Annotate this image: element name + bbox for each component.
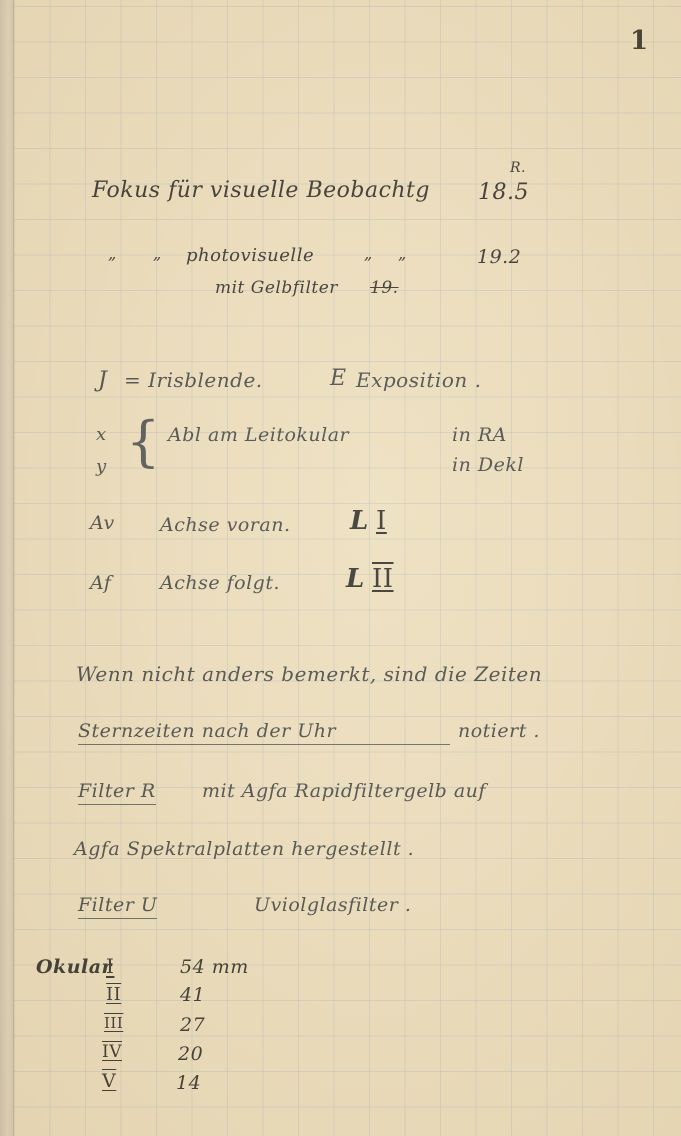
focus-visual-label: Fokus für visuelle Beobachtg: [92, 178, 430, 203]
exposure-definition: Exposition .: [356, 368, 481, 392]
note-filter-r-label: Filter R: [78, 780, 156, 802]
ditto-mark: „: [153, 244, 162, 263]
ditto-mark: „: [398, 244, 407, 263]
note-filter-u-label: Filter U: [78, 894, 157, 916]
af-definition: Achse folgt.: [160, 572, 280, 594]
af-code-prefix: L: [346, 564, 365, 594]
eyepiece-roman-3: III: [104, 1014, 123, 1032]
brace-icon: {: [126, 410, 160, 473]
note-sidereal-rest: notiert .: [458, 720, 540, 742]
page-number: 1: [630, 26, 649, 56]
eyepiece-value-2: 41: [180, 984, 205, 1006]
note-times-line: Wenn nicht anders bemerkt, sind die Zeit…: [76, 662, 542, 686]
note-filter-u-description: Uviolglasfilter .: [254, 894, 411, 916]
filter-r-text: Filter R: [78, 780, 156, 805]
eyepiece-label: Okular: [36, 956, 112, 978]
focus-visual-value: 18.5: [478, 180, 529, 205]
focus-yellow-filter-label: mit Gelbfilter: [215, 278, 338, 298]
eyepiece-value-1: 54 mm: [180, 956, 249, 978]
eyepiece-roman-5: V: [102, 1070, 116, 1092]
focus-unit-mark: R.: [510, 160, 526, 176]
av-definition: Achse voran.: [160, 514, 291, 536]
ditto-mark: „: [108, 244, 117, 263]
y-unit: in Dekl: [452, 454, 524, 476]
eyepiece-roman-2: II: [106, 984, 121, 1005]
focus-photovisual-value: 19.2: [477, 246, 521, 268]
av-symbol: Av: [90, 512, 115, 534]
note-plates-line: Agfa Spektralplatten hergestellt .: [74, 838, 414, 860]
focus-photovisual-label: photovisuelle: [186, 245, 314, 266]
eyepiece-value-4: 20: [178, 1043, 203, 1065]
eyepiece-value-5: 14: [176, 1072, 201, 1094]
note-sidereal-text: Sternzeiten nach der Uhr: [78, 720, 450, 745]
y-symbol: y: [96, 456, 107, 477]
note-sidereal-underlined: Sternzeiten nach der Uhr: [78, 720, 450, 745]
eyepiece-roman-4: IV: [102, 1042, 122, 1062]
exposure-symbol: E: [330, 366, 347, 391]
x-symbol: x: [96, 424, 107, 445]
af-code-roman: II: [372, 564, 394, 594]
note-filter-r-description: mit Agfa Rapidfiltergelb auf: [202, 780, 486, 802]
micrometer-definition: Abl am Leitokular: [168, 424, 349, 446]
ditto-mark: „: [364, 244, 373, 263]
iris-definition: = Irisblende.: [124, 368, 263, 392]
notebook-binding-edge: [0, 0, 14, 1136]
af-symbol: Af: [90, 572, 111, 594]
eyepiece-roman-1: I: [106, 954, 114, 978]
av-code-prefix: L: [350, 506, 369, 536]
eyepiece-value-3: 27: [180, 1014, 205, 1036]
focus-struck-value: 19.: [370, 278, 399, 298]
filter-u-text: Filter U: [78, 894, 157, 919]
av-code-roman: I: [376, 506, 387, 536]
x-unit: in RA: [452, 424, 507, 446]
iris-symbol: J: [98, 368, 107, 393]
